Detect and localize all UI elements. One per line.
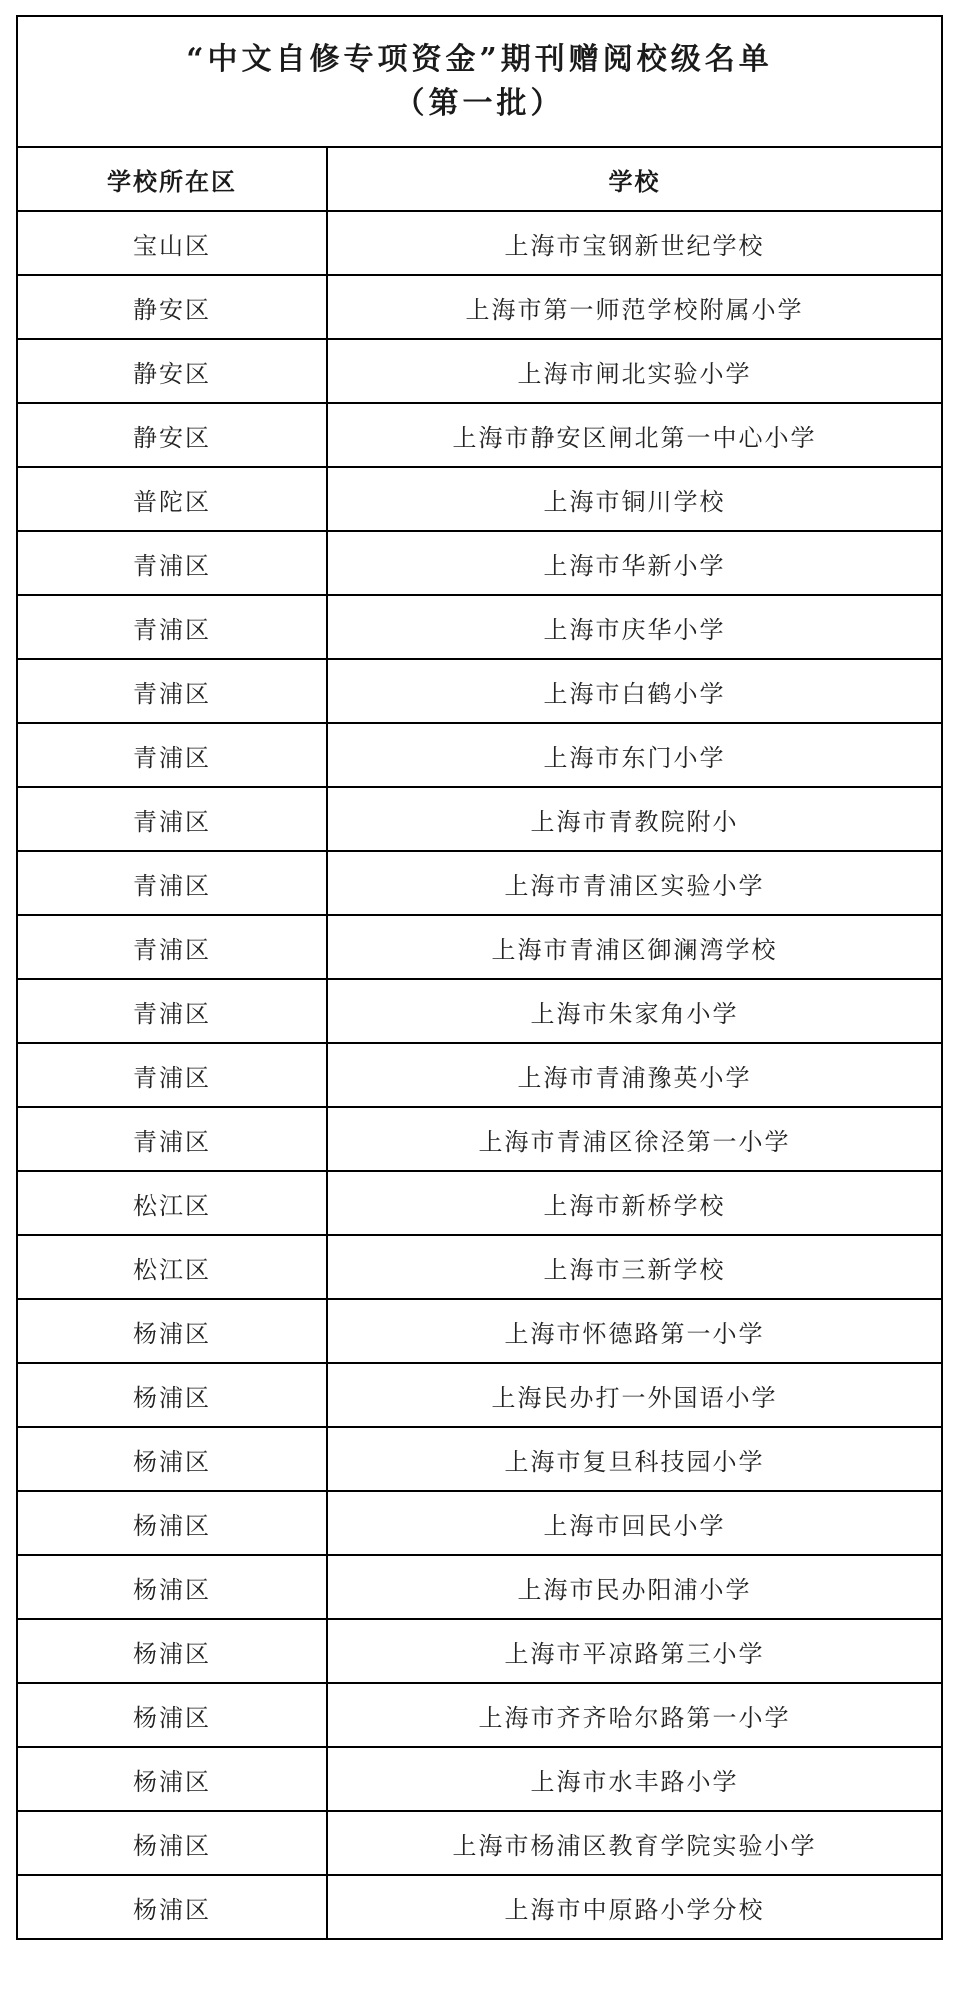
table-row: 杨浦区上海市平凉路第三小学 xyxy=(17,1619,942,1683)
table-row: 青浦区上海市青浦区御澜湾学校 xyxy=(17,915,942,979)
district-cell: 青浦区 xyxy=(17,915,327,979)
table-row: 杨浦区上海市民办阳浦小学 xyxy=(17,1555,942,1619)
district-cell: 青浦区 xyxy=(17,723,327,787)
district-cell: 青浦区 xyxy=(17,979,327,1043)
school-cell: 上海市新桥学校 xyxy=(327,1171,942,1235)
table-row: 普陀区上海市铜川学校 xyxy=(17,467,942,531)
table-row: 青浦区上海市华新小学 xyxy=(17,531,942,595)
district-cell: 普陀区 xyxy=(17,467,327,531)
district-cell: 杨浦区 xyxy=(17,1427,327,1491)
school-cell: 上海市青浦区御澜湾学校 xyxy=(327,915,942,979)
school-cell: 上海市华新小学 xyxy=(327,531,942,595)
school-cell: 上海市闸北实验小学 xyxy=(327,339,942,403)
district-cell: 杨浦区 xyxy=(17,1619,327,1683)
school-cell: 上海市水丰路小学 xyxy=(327,1747,942,1811)
table-row: 青浦区上海市东门小学 xyxy=(17,723,942,787)
school-cell: 上海市青浦豫英小学 xyxy=(327,1043,942,1107)
district-cell: 杨浦区 xyxy=(17,1555,327,1619)
header-row: 学校所在区 学校 xyxy=(17,147,942,211)
school-list-table: “中文自修专项资金”期刊赠阅校级名单 （第一批） 学校所在区 学校 宝山区上海市… xyxy=(16,15,943,1940)
school-cell: 上海市青浦区徐泾第一小学 xyxy=(327,1107,942,1171)
table-row: 青浦区上海市青教院附小 xyxy=(17,787,942,851)
table-row: 青浦区上海市白鹤小学 xyxy=(17,659,942,723)
school-cell: 上海市杨浦区教育学院实验小学 xyxy=(327,1811,942,1875)
school-cell: 上海市宝钢新世纪学校 xyxy=(327,211,942,275)
table-row: 静安区上海市闸北实验小学 xyxy=(17,339,942,403)
district-cell: 杨浦区 xyxy=(17,1299,327,1363)
school-cell: 上海民办打一外国语小学 xyxy=(327,1363,942,1427)
school-cell: 上海市中原路小学分校 xyxy=(327,1875,942,1939)
table-row: 宝山区上海市宝钢新世纪学校 xyxy=(17,211,942,275)
district-cell: 静安区 xyxy=(17,403,327,467)
school-cell: 上海市第一师范学校附属小学 xyxy=(327,275,942,339)
document-title: “中文自修专项资金”期刊赠阅校级名单 xyxy=(18,38,941,82)
district-cell: 静安区 xyxy=(17,275,327,339)
table-row: 杨浦区上海市回民小学 xyxy=(17,1491,942,1555)
table-row: 青浦区上海市青浦豫英小学 xyxy=(17,1043,942,1107)
table-row: 杨浦区上海市杨浦区教育学院实验小学 xyxy=(17,1811,942,1875)
district-cell: 杨浦区 xyxy=(17,1875,327,1939)
school-cell: 上海市复旦科技园小学 xyxy=(327,1427,942,1491)
district-cell: 青浦区 xyxy=(17,531,327,595)
district-cell: 松江区 xyxy=(17,1171,327,1235)
school-cell: 上海市东门小学 xyxy=(327,723,942,787)
column-header-school: 学校 xyxy=(327,147,942,211)
table-row: 杨浦区上海市齐齐哈尔路第一小学 xyxy=(17,1683,942,1747)
district-cell: 青浦区 xyxy=(17,659,327,723)
school-cell: 上海市民办阳浦小学 xyxy=(327,1555,942,1619)
table-row: 杨浦区上海市中原路小学分校 xyxy=(17,1875,942,1939)
title-row: “中文自修专项资金”期刊赠阅校级名单 （第一批） xyxy=(17,16,942,147)
school-cell: 上海市静安区闸北第一中心小学 xyxy=(327,403,942,467)
district-cell: 静安区 xyxy=(17,339,327,403)
table-row: 松江区上海市三新学校 xyxy=(17,1235,942,1299)
school-cell: 上海市三新学校 xyxy=(327,1235,942,1299)
district-cell: 杨浦区 xyxy=(17,1363,327,1427)
school-cell: 上海市白鹤小学 xyxy=(327,659,942,723)
table-row: 杨浦区上海市怀德路第一小学 xyxy=(17,1299,942,1363)
document-subtitle: （第一批） xyxy=(18,82,941,126)
school-cell: 上海市回民小学 xyxy=(327,1491,942,1555)
district-cell: 青浦区 xyxy=(17,851,327,915)
table-row: 杨浦区上海市复旦科技园小学 xyxy=(17,1427,942,1491)
table-row: 松江区上海市新桥学校 xyxy=(17,1171,942,1235)
district-cell: 杨浦区 xyxy=(17,1747,327,1811)
district-cell: 青浦区 xyxy=(17,787,327,851)
school-cell: 上海市铜川学校 xyxy=(327,467,942,531)
school-cell: 上海市青教院附小 xyxy=(327,787,942,851)
table-row: 青浦区上海市青浦区徐泾第一小学 xyxy=(17,1107,942,1171)
table-row: 青浦区上海市青浦区实验小学 xyxy=(17,851,942,915)
title-cell: “中文自修专项资金”期刊赠阅校级名单 （第一批） xyxy=(17,16,942,147)
district-cell: 杨浦区 xyxy=(17,1491,327,1555)
table-row: 青浦区上海市庆华小学 xyxy=(17,595,942,659)
table-row: 青浦区上海市朱家角小学 xyxy=(17,979,942,1043)
table-row: 静安区上海市静安区闸北第一中心小学 xyxy=(17,403,942,467)
school-cell: 上海市朱家角小学 xyxy=(327,979,942,1043)
table-row: 静安区上海市第一师范学校附属小学 xyxy=(17,275,942,339)
table-row: 杨浦区上海民办打一外国语小学 xyxy=(17,1363,942,1427)
district-cell: 青浦区 xyxy=(17,595,327,659)
school-cell: 上海市庆华小学 xyxy=(327,595,942,659)
district-cell: 青浦区 xyxy=(17,1107,327,1171)
school-cell: 上海市平凉路第三小学 xyxy=(327,1619,942,1683)
school-cell: 上海市怀德路第一小学 xyxy=(327,1299,942,1363)
school-cell: 上海市齐齐哈尔路第一小学 xyxy=(327,1683,942,1747)
school-cell: 上海市青浦区实验小学 xyxy=(327,851,942,915)
district-cell: 宝山区 xyxy=(17,211,327,275)
district-cell: 松江区 xyxy=(17,1235,327,1299)
district-cell: 杨浦区 xyxy=(17,1811,327,1875)
school-list-document: “中文自修专项资金”期刊赠阅校级名单 （第一批） 学校所在区 学校 宝山区上海市… xyxy=(16,15,941,1940)
table-row: 杨浦区上海市水丰路小学 xyxy=(17,1747,942,1811)
column-header-district: 学校所在区 xyxy=(17,147,327,211)
district-cell: 青浦区 xyxy=(17,1043,327,1107)
district-cell: 杨浦区 xyxy=(17,1683,327,1747)
